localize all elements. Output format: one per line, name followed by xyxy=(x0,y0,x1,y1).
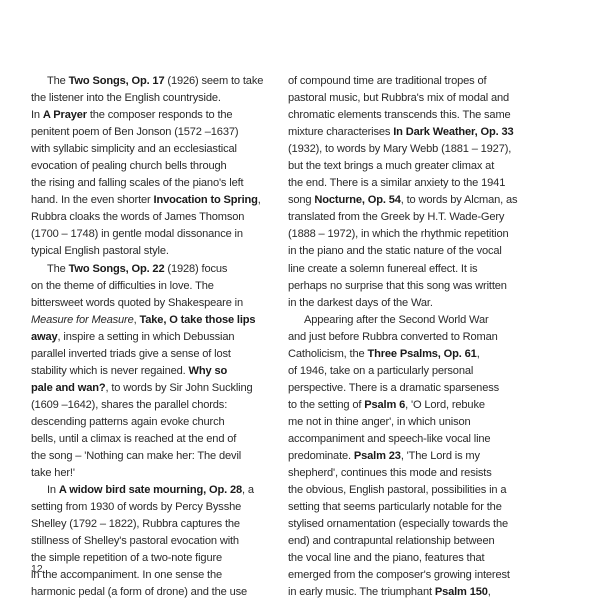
text-line: setting from 1930 of words by Percy Byss… xyxy=(31,499,271,516)
text-run: and just before Rubbra converted to Roma… xyxy=(288,331,498,343)
text-run: take her!' xyxy=(31,467,75,479)
text-run: the listener into the English countrysid… xyxy=(31,92,221,104)
bold-title: Two Songs, Op. 22 xyxy=(69,263,165,275)
text-run: mixture characterises xyxy=(288,126,393,138)
text-run: the obvious, English pastoral, possibili… xyxy=(288,484,506,496)
text-line: (1609 –1642), shares the parallel chords… xyxy=(31,397,271,414)
text-run: parallel inverted triads give a sense of… xyxy=(31,348,231,360)
left-text-column: The Two Songs, Op. 17 (1926) seem to tak… xyxy=(31,73,271,601)
text-run: in the piano and the static nature of th… xyxy=(288,245,502,257)
text-run: , inspire a setting in which Debussian xyxy=(58,331,235,343)
text-line: take her!' xyxy=(31,465,271,482)
text-run: typical English pastoral style. xyxy=(31,245,169,257)
text-run: emerged from the composer's growing inte… xyxy=(288,569,510,581)
text-line: of 1946, take on a particularly personal xyxy=(288,363,550,380)
text-run: to the setting of xyxy=(288,399,364,411)
text-run: The xyxy=(47,263,69,275)
text-run: translated from the Greek by H.T. Wade-G… xyxy=(288,211,504,223)
text-line: In A widow bird sate mourning, Op. 28, a xyxy=(31,482,271,499)
text-run: of 1946, take on a particularly personal xyxy=(288,365,473,377)
text-line: harmonic pedal (a form of drone) and the… xyxy=(31,584,271,601)
text-line: In A Prayer the composer responds to the xyxy=(31,107,271,124)
text-run: in the accompaniment. In one sense the xyxy=(31,569,222,581)
text-run: me not in thine anger', in which unison xyxy=(288,416,471,428)
text-run: , 'O Lord, rebuke xyxy=(405,399,485,411)
page-number: 12 xyxy=(31,563,43,575)
bold-title: Nocturne, Op. 54 xyxy=(314,194,400,206)
text-line: translated from the Greek by H.T. Wade-G… xyxy=(288,209,550,226)
text-run: hand. In the even shorter xyxy=(31,194,154,206)
text-run: setting that seems particularly notable … xyxy=(288,501,502,513)
text-run: the song – 'Nothing can make her: The de… xyxy=(31,450,241,462)
text-line: with syllabic simplicity and an ecclesia… xyxy=(31,141,271,158)
italic-title: Measure for Measure xyxy=(31,314,134,326)
text-line: Catholicism, the Three Psalms, Op. 61, xyxy=(288,346,550,363)
text-line: the song – 'Nothing can make her: The de… xyxy=(31,448,271,465)
text-line: Shelley (1792 – 1822), Rubbra captures t… xyxy=(31,516,271,533)
bold-title: Psalm 6 xyxy=(364,399,405,411)
text-run: the simple repetition of a two-note figu… xyxy=(31,552,222,564)
text-run: bittersweet words quoted by Shakespeare … xyxy=(31,297,243,309)
text-run: perspective. There is a dramatic sparsen… xyxy=(288,382,499,394)
text-run: in early music. The triumphant xyxy=(288,586,435,598)
text-run: song xyxy=(288,194,314,206)
text-line: (1932), to words by Mary Webb (1881 – 19… xyxy=(288,141,550,158)
text-line: descending patterns again evoke church xyxy=(31,414,271,431)
text-run: evocation of pealing church bells throug… xyxy=(31,160,227,172)
text-line: but the text brings a much greater clima… xyxy=(288,158,550,175)
text-line: setting that seems particularly notable … xyxy=(288,499,550,516)
text-line: emerged from the composer's growing inte… xyxy=(288,567,550,584)
text-line: The Two Songs, Op. 17 (1926) seem to tak… xyxy=(31,73,271,90)
text-line: mixture characterises In Dark Weather, O… xyxy=(288,124,550,141)
text-line: bittersweet words quoted by Shakespeare … xyxy=(31,295,271,312)
text-run: the end. There is a similar anxiety to t… xyxy=(288,177,505,189)
text-line: Appearing after the Second World War xyxy=(288,312,550,329)
text-run: , to words by Sir John Suckling xyxy=(106,382,253,394)
bold-title: A Prayer xyxy=(43,109,87,121)
text-line: in the darkest days of the War. xyxy=(288,295,550,312)
text-line: Rubbra cloaks the words of James Thomson xyxy=(31,209,271,226)
text-line: stillness of Shelley's pastoral evocatio… xyxy=(31,533,271,550)
text-line: the vocal line and the piano, features t… xyxy=(288,550,550,567)
bold-title: Take, O take those lips xyxy=(139,314,255,326)
text-run: penitent poem of Ben Jonson (1572 –1637) xyxy=(31,126,238,138)
text-line: line create a solemn funereal effect. It… xyxy=(288,261,550,278)
text-line: predominate. Psalm 23, 'The Lord is my xyxy=(288,448,550,465)
bold-title: Two Songs, Op. 17 xyxy=(69,75,165,87)
text-line: penitent poem of Ben Jonson (1572 –1637) xyxy=(31,124,271,141)
text-run: (1932), to words by Mary Webb (1881 – 19… xyxy=(288,143,511,155)
text-run: of compound time are traditional tropes … xyxy=(288,75,486,87)
text-run: (1928) focus xyxy=(164,263,227,275)
text-line: to the setting of Psalm 6, 'O Lord, rebu… xyxy=(288,397,550,414)
text-line: the rising and falling scales of the pia… xyxy=(31,175,271,192)
text-line: stylised ornamentation (especially towar… xyxy=(288,516,550,533)
text-line: on the theme of difficulties in love. Th… xyxy=(31,278,271,295)
right-text-column: of compound time are traditional tropes … xyxy=(288,73,550,601)
text-run: Shelley (1792 – 1822), Rubbra captures t… xyxy=(31,518,240,530)
text-line: the simple repetition of a two-note figu… xyxy=(31,550,271,567)
text-line: away, inspire a setting in which Debussi… xyxy=(31,329,271,346)
text-line: chromatic elements transcends this. The … xyxy=(288,107,550,124)
text-line: in the accompaniment. In one sense the xyxy=(31,567,271,584)
text-line: (1888 – 1972), in which the rhythmic rep… xyxy=(288,226,550,243)
text-line: end) and contrapuntal relationship betwe… xyxy=(288,533,550,550)
text-line: parallel inverted triads give a sense of… xyxy=(31,346,271,363)
text-run: (1926) seem to take xyxy=(164,75,263,87)
text-line: and just before Rubbra converted to Roma… xyxy=(288,329,550,346)
text-run: setting from 1930 of words by Percy Byss… xyxy=(31,501,241,513)
text-run: the vocal line and the piano, features t… xyxy=(288,552,484,564)
text-run: end) and contrapuntal relationship betwe… xyxy=(288,535,494,547)
text-line: song Nocturne, Op. 54, to words by Alcma… xyxy=(288,192,550,209)
text-line: hand. In the even shorter Invocation to … xyxy=(31,192,271,209)
text-line: in early music. The triumphant Psalm 150… xyxy=(288,584,550,601)
text-line: evocation of pealing church bells throug… xyxy=(31,158,271,175)
text-run: , 'The Lord is my xyxy=(401,450,480,462)
text-run: in the darkest days of the War. xyxy=(288,297,433,309)
text-run: (1609 –1642), shares the parallel chords… xyxy=(31,399,227,411)
text-line: accompaniment and speech-like vocal line xyxy=(288,431,550,448)
text-run: shepherd', continues this mode and resis… xyxy=(288,467,492,479)
text-run: the composer responds to the xyxy=(87,109,233,121)
text-run: but the text brings a much greater clima… xyxy=(288,160,494,172)
text-line: pale and wan?, to words by Sir John Suck… xyxy=(31,380,271,397)
text-run: harmonic pedal (a form of drone) and the… xyxy=(31,586,247,598)
text-run: with syllabic simplicity and an ecclesia… xyxy=(31,143,237,155)
text-run: stillness of Shelley's pastoral evocatio… xyxy=(31,535,239,547)
text-run: pastoral music, but Rubbra's mix of moda… xyxy=(288,92,509,104)
text-line: shepherd', continues this mode and resis… xyxy=(288,465,550,482)
text-run: , xyxy=(477,348,480,360)
text-run: stylised ornamentation (especially towar… xyxy=(288,518,508,530)
text-line: the end. There is a similar anxiety to t… xyxy=(288,175,550,192)
text-run: perhaps no surprise that this song was w… xyxy=(288,280,507,292)
text-run: chromatic elements transcends this. The … xyxy=(288,109,511,121)
bold-title: away xyxy=(31,331,58,343)
text-run: (1888 – 1972), in which the rhythmic rep… xyxy=(288,228,509,240)
text-line: the listener into the English countrysid… xyxy=(31,90,271,107)
text-run: descending patterns again evoke church xyxy=(31,416,225,428)
text-run: , a xyxy=(242,484,254,496)
text-line: of compound time are traditional tropes … xyxy=(288,73,550,90)
text-line: me not in thine anger', in which unison xyxy=(288,414,550,431)
text-run: line create a solemn funereal effect. It… xyxy=(288,263,477,275)
text-run: , to words by Alcman, as xyxy=(401,194,518,206)
text-run: accompaniment and speech-like vocal line xyxy=(288,433,490,445)
bold-title: Psalm 150 xyxy=(435,586,488,598)
bold-title: Invocation to Spring xyxy=(154,194,258,206)
text-run: Rubbra cloaks the words of James Thomson xyxy=(31,211,244,223)
text-line: Measure for Measure, Take, O take those … xyxy=(31,312,271,329)
text-run: bells, until a climax is reached at the … xyxy=(31,433,236,445)
text-run: (1700 – 1748) in gentle modal dissonance… xyxy=(31,228,243,240)
bold-title: pale and wan? xyxy=(31,382,106,394)
text-run: , xyxy=(488,586,491,598)
text-line: stability which is never regained. Why s… xyxy=(31,363,271,380)
bold-title: Why so xyxy=(189,365,228,377)
text-run: the rising and falling scales of the pia… xyxy=(31,177,243,189)
text-line: perhaps no surprise that this song was w… xyxy=(288,278,550,295)
text-run: on the theme of difficulties in love. Th… xyxy=(31,280,214,292)
bold-title: Three Psalms, Op. 61 xyxy=(367,348,476,360)
text-run: Catholicism, the xyxy=(288,348,367,360)
text-line: (1700 – 1748) in gentle modal dissonance… xyxy=(31,226,271,243)
bold-title: A widow bird sate mourning, Op. 28 xyxy=(59,484,242,496)
text-line: in the piano and the static nature of th… xyxy=(288,243,550,260)
text-line: pastoral music, but Rubbra's mix of moda… xyxy=(288,90,550,107)
text-line: The Two Songs, Op. 22 (1928) focus xyxy=(31,261,271,278)
text-line: bells, until a climax is reached at the … xyxy=(31,431,271,448)
text-run: , xyxy=(258,194,261,206)
text-line: perspective. There is a dramatic sparsen… xyxy=(288,380,550,397)
bold-title: In Dark Weather, Op. 33 xyxy=(393,126,513,138)
text-run: stability which is never regained. xyxy=(31,365,189,377)
text-run: In xyxy=(31,109,43,121)
bold-title: Psalm 23 xyxy=(354,450,401,462)
text-run: The xyxy=(47,75,69,87)
text-run: In xyxy=(47,484,59,496)
text-line: the obvious, English pastoral, possibili… xyxy=(288,482,550,499)
text-run: Appearing after the Second World War xyxy=(304,314,489,326)
text-line: typical English pastoral style. xyxy=(31,243,271,260)
text-run: predominate. xyxy=(288,450,354,462)
